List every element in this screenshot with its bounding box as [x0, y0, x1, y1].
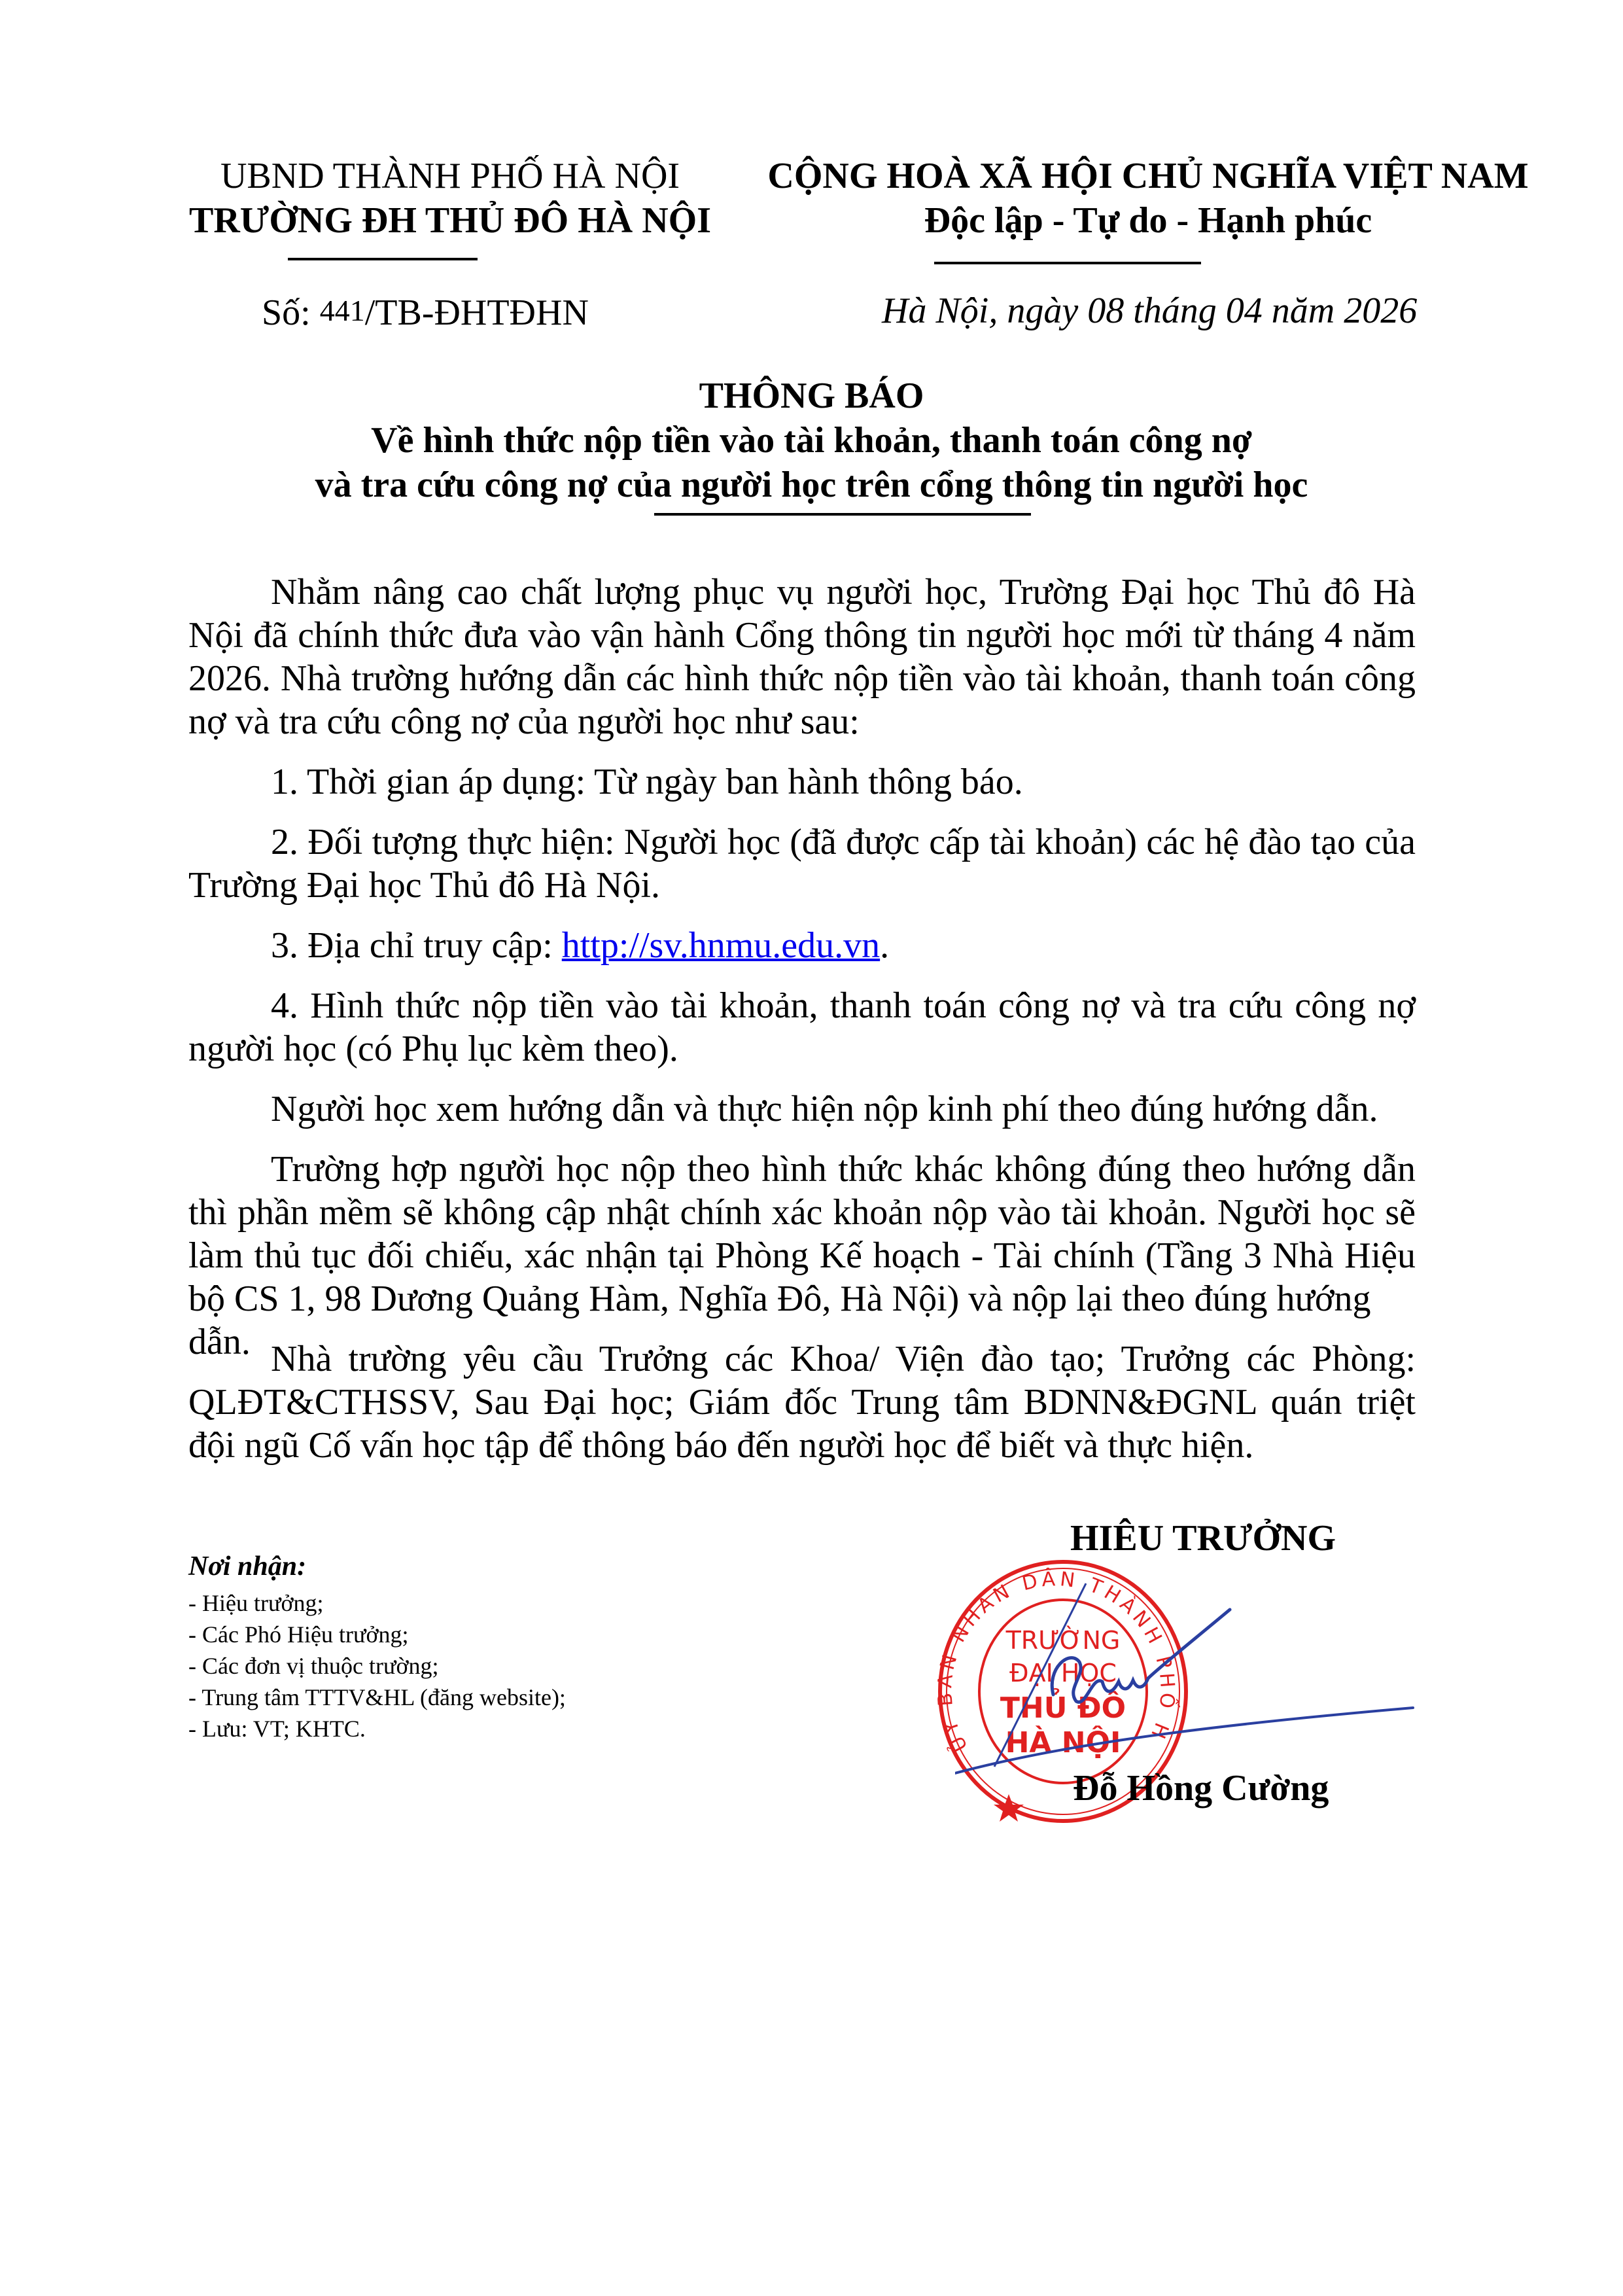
- item-access-address: 3. Địa chỉ truy cập: http://sv.hnmu.edu.…: [188, 924, 1498, 967]
- header-left-rule: [288, 258, 478, 260]
- intro-line: nợ và tra cứu công nợ của người học như …: [188, 700, 1416, 743]
- handwritten-signature-icon: [955, 1570, 1426, 1780]
- warning-line: Trường hợp người học nộp theo hình thức …: [188, 1148, 1416, 1191]
- recipient-item: - Hiệu trưởng;: [188, 1587, 324, 1619]
- issuing-authority: UBND THÀNH PHỐ HÀ NỘI: [188, 154, 712, 198]
- request-line: QLĐT&CTHSSV, Sau Đại học; Giám đốc Trung…: [188, 1381, 1416, 1424]
- warning-line: thì phần mềm sẽ không cập nhật chính xác…: [188, 1191, 1416, 1234]
- request-line: Nhà trường yêu cầu Trưởng các Khoa/ Viện…: [188, 1337, 1416, 1381]
- intro-line: 2026. Nhà trường hướng dẫn các hình thức…: [188, 657, 1416, 700]
- document-number: Số: 441/TB-ĐHTĐHN: [262, 289, 589, 334]
- recipient-item: - Các đơn vị thuộc trường;: [188, 1650, 439, 1682]
- guide-paragraph: Người học xem hướng dẫn và thực hiện nộp…: [188, 1087, 1498, 1131]
- doc-number-prefix: Số:: [262, 292, 320, 333]
- intro-line: Nội đã chính thức đưa vào vận hành Cổng …: [188, 614, 1416, 657]
- national-motto: Độc lập - Tự do - Hạnh phúc: [739, 199, 1557, 242]
- doc-number-suffix: /TB-ĐHTĐHN: [365, 292, 589, 333]
- document-subtitle-line1: Về hình thức nộp tiền vào tài khoản, tha…: [0, 419, 1623, 462]
- title-rule: [654, 513, 1031, 516]
- issuing-school: TRƯỜNG ĐH THỦ ĐÔ HÀ NỘI: [162, 199, 738, 242]
- item-payment-methods-cont: người học (có Phụ lục kèm theo).: [188, 1027, 1416, 1070]
- recipient-item: - Lưu: VT; KHTC.: [188, 1713, 366, 1744]
- recipient-item: - Các Phó Hiệu trưởng;: [188, 1619, 409, 1650]
- header-right-rule: [934, 262, 1201, 264]
- portal-link[interactable]: http://sv.hnmu.edu.vn: [562, 925, 880, 966]
- recipient-item: - Trung tâm TTTV&HL (đăng website);: [188, 1682, 566, 1713]
- item-payment-methods: 4. Hình thức nộp tiền vào tài khoản, tha…: [188, 984, 1416, 1027]
- request-line: đội ngũ Cố vấn học tập để thông báo đến …: [188, 1424, 1416, 1467]
- item-target-audience: 2. Đối tượng thực hiện: Người học (đã đư…: [188, 821, 1416, 864]
- recipients-label: Nơi nhận:: [188, 1549, 306, 1583]
- country-name: CỘNG HOÀ XÃ HỘI CHỦ NGHĨA VIỆT NAM: [739, 154, 1557, 198]
- signatory-name: Đỗ Hồng Cường: [1073, 1767, 1329, 1810]
- item-application-time: 1. Thời gian áp dụng: Từ ngày ban hành t…: [188, 760, 1498, 804]
- intro-line: Nhằm nâng cao chất lượng phục vụ người h…: [188, 571, 1416, 614]
- issue-date: Hà Nội, ngày 08 tháng 04 năm 2026: [882, 289, 1417, 332]
- doc-number-value: 441: [320, 294, 365, 327]
- access-address-period: .: [880, 925, 889, 966]
- item-target-audience-cont: Trường Đại học Thủ đô Hà Nội.: [188, 864, 1416, 907]
- document-subtitle-line2: và tra cứu công nợ của người học trên cổ…: [0, 463, 1623, 506]
- warning-line: làm thủ tục đối chiếu, xác nhận tại Phòn…: [188, 1234, 1416, 1277]
- access-address-label: 3. Địa chỉ truy cập:: [271, 925, 562, 966]
- document-title: THÔNG BÁO: [0, 374, 1623, 417]
